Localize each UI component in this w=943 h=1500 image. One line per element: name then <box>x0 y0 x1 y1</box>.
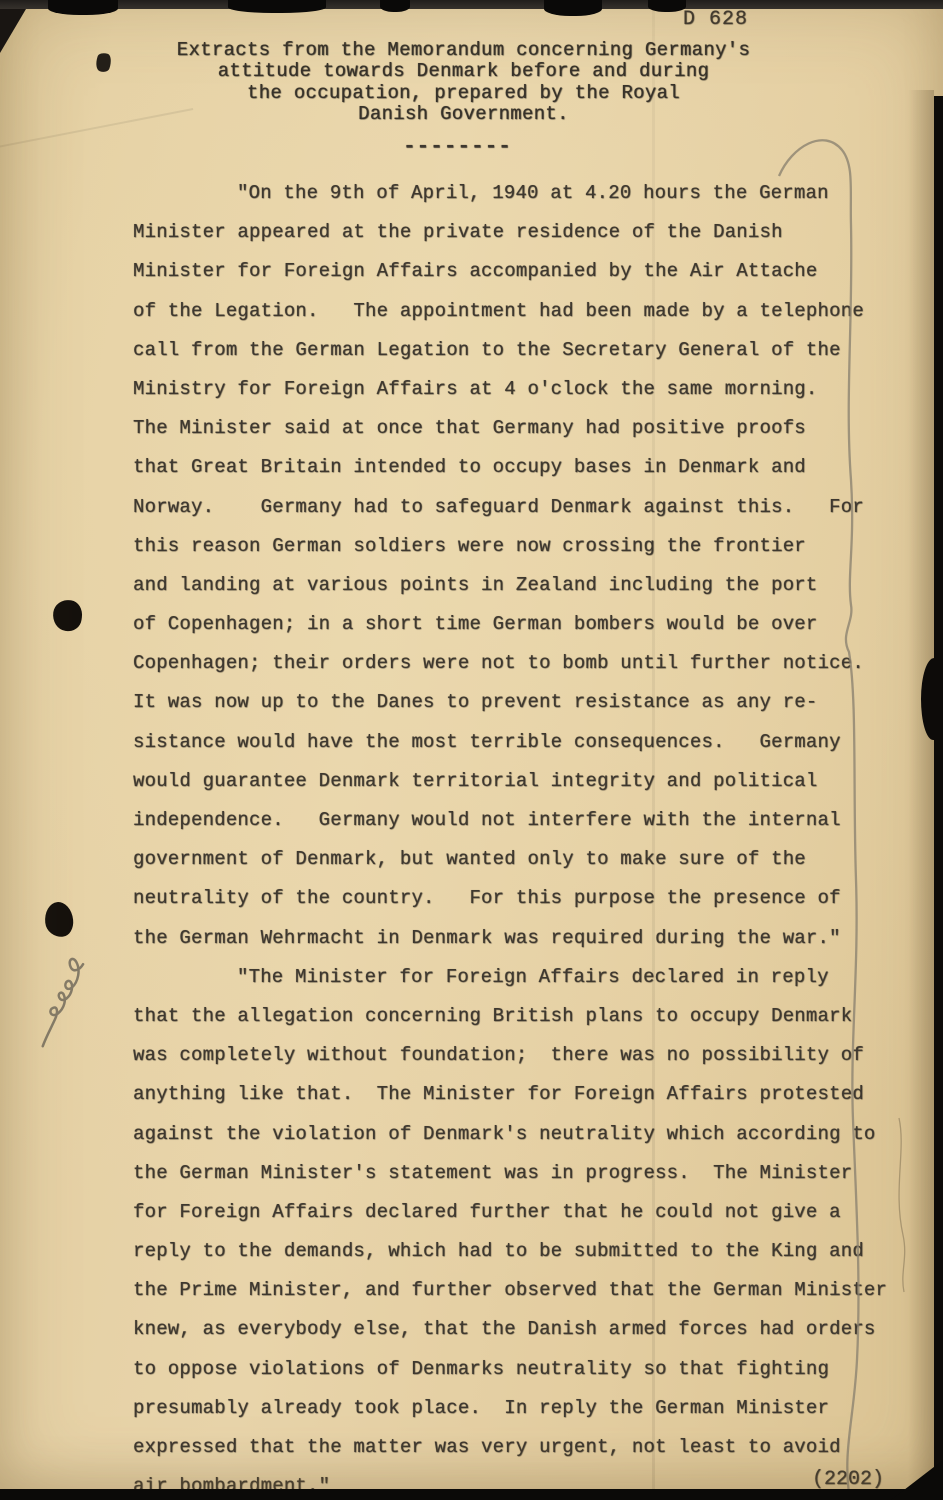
film-blob <box>380 0 410 12</box>
body-line: Minister appeared at the private residen… <box>133 213 893 252</box>
film-edge-blob <box>921 658 943 740</box>
body-line: and landing at various points in Zealand… <box>133 566 893 605</box>
body-line: expressed that the matter was very urgen… <box>133 1428 893 1467</box>
body-line: would guarantee Denmark territorial inte… <box>133 762 893 801</box>
scanned-document-page: { "page": { "reference": "D 628", "foote… <box>0 0 943 1500</box>
body-line: this reason German soldiers were now cro… <box>133 527 893 566</box>
punch-hole-bottom <box>43 901 75 939</box>
body-line: "On the 9th of April, 1940 at 4.20 hours… <box>133 174 893 213</box>
body-line: against the violation of Denmark's neutr… <box>133 1115 893 1154</box>
separator-dashes: -------- <box>0 136 929 159</box>
body-line: presumably already took place. In reply … <box>133 1389 893 1428</box>
body-line: of the Legation. The appointment had bee… <box>133 292 893 331</box>
body-line: sistance would have the most terrible co… <box>133 723 893 762</box>
title-line: the occupation, prepared by the Royal <box>0 83 935 104</box>
vertical-fold-crease <box>652 0 655 1500</box>
body-line: to oppose violations of Denmarks neutral… <box>133 1350 893 1389</box>
body-line: independence. Germany would not interfer… <box>133 801 893 840</box>
body-line: "The Minister for Foreign Affairs declar… <box>133 958 893 997</box>
body-line: that Great Britain intended to occupy ba… <box>133 448 893 487</box>
body-line: that the allegation concerning British p… <box>133 997 893 1036</box>
title-line: Extracts from the Memorandum concerning … <box>0 40 935 61</box>
body-line: Copenhagen; their orders were not to bom… <box>133 644 893 683</box>
body-line: the Prime Minister, and further observed… <box>133 1271 893 1310</box>
title-line: Danish Government. <box>0 104 935 125</box>
body-line: Norway. Germany had to safeguard Denmark… <box>133 488 893 527</box>
footer-number: (2202) <box>812 1468 884 1491</box>
body-line: of Copenhagen; in a short time German bo… <box>133 605 893 644</box>
paper-page: D 628 Extracts from the Memorandum conce… <box>0 0 943 1500</box>
pencil-annotation <box>43 958 84 1048</box>
body-line: neutrality of the country. For this purp… <box>133 879 893 918</box>
film-blob <box>228 0 326 13</box>
body-line: anything like that. The Minister for For… <box>133 1075 893 1114</box>
body-line: Minister for Foreign Affairs accompanied… <box>133 252 893 291</box>
film-edge-bottom <box>0 1489 943 1500</box>
film-edge-right <box>934 96 943 1500</box>
body-line: The Minister said at once that Germany h… <box>133 409 893 448</box>
body-line: Ministry for Foreign Affairs at 4 o'cloc… <box>133 370 893 409</box>
body-line: the German Wehrmacht in Denmark was requ… <box>133 919 893 958</box>
body-line: reply to the demands, which had to be su… <box>133 1232 893 1271</box>
film-edge-top <box>0 0 943 9</box>
body-line: the German Minister's statement was in p… <box>133 1154 893 1193</box>
paper-crack-line <box>899 1118 905 1292</box>
film-blob <box>48 0 118 15</box>
body-line: It was now up to the Danes to prevent re… <box>133 683 893 722</box>
document-title: Extracts from the Memorandum concerning … <box>0 40 935 126</box>
body-line: knew, as everybody else, that the Danish… <box>133 1310 893 1349</box>
body-line: government of Denmark, but wanted only t… <box>133 840 893 879</box>
reference-number: D 628 <box>683 8 748 31</box>
film-blob <box>648 0 686 12</box>
document-body: "On the 9th of April, 1940 at 4.20 hours… <box>133 174 893 1500</box>
body-line: for Foreign Affairs declared further tha… <box>133 1193 893 1232</box>
punch-hole-top <box>51 598 84 633</box>
title-line: attitude towards Denmark before and duri… <box>0 61 935 82</box>
right-paper-edge-shadow <box>908 90 934 1500</box>
film-blob <box>544 0 602 16</box>
body-line: was completely without foundation; there… <box>133 1036 893 1075</box>
body-line: call from the German Legation to the Sec… <box>133 331 893 370</box>
